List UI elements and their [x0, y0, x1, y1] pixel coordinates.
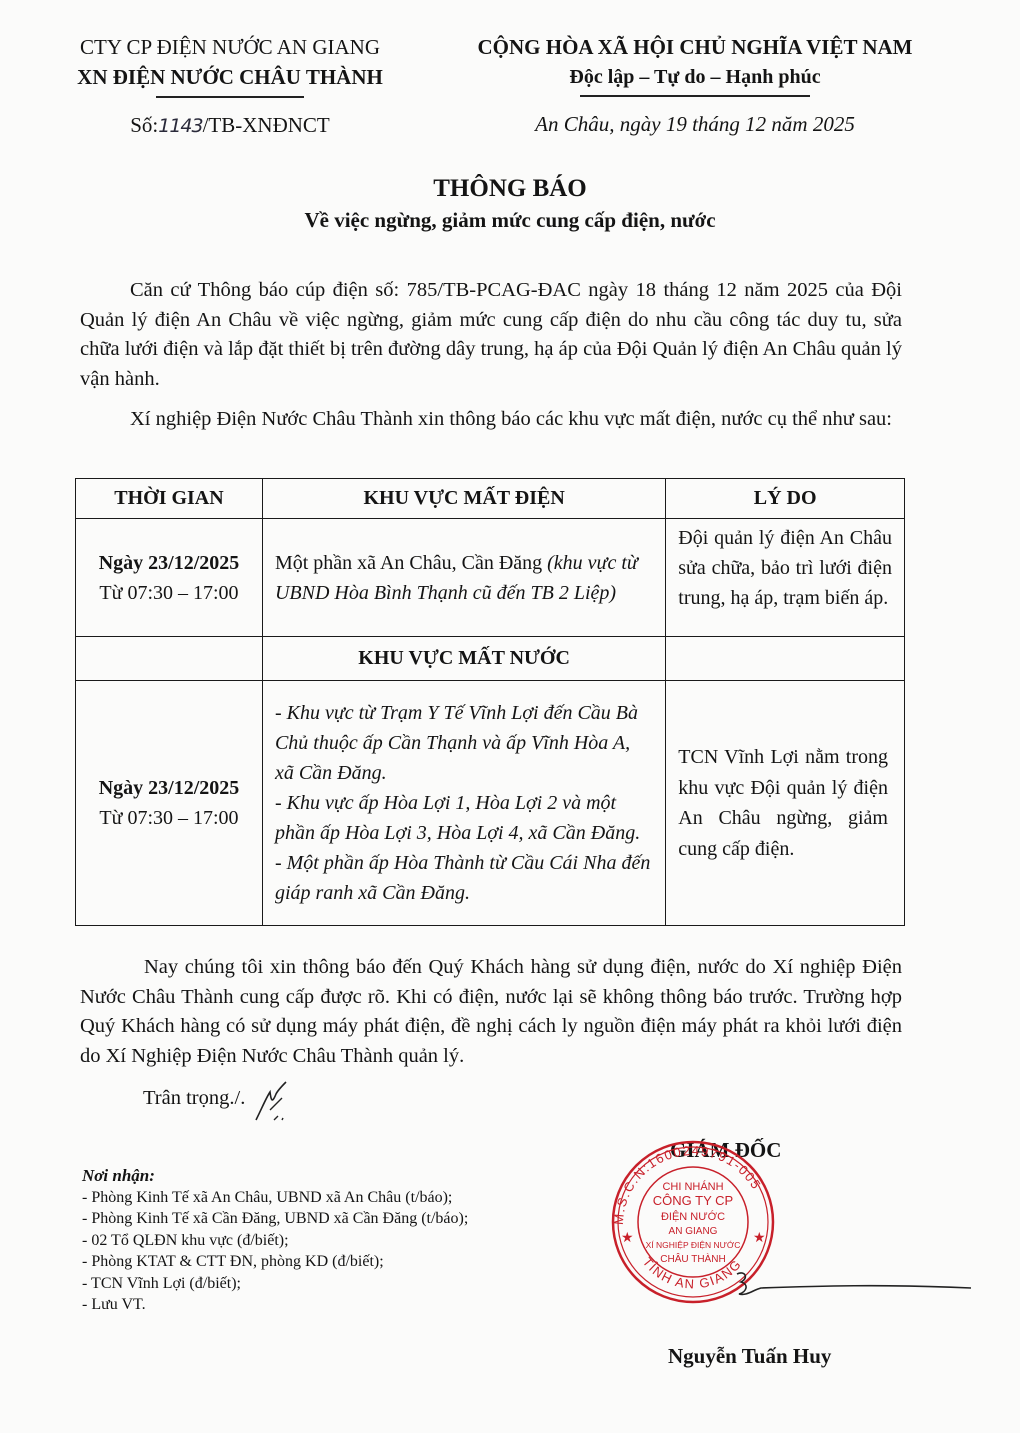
table-row: Ngày 23/12/2025 Từ 07:30 – 17:00 Một phầ… — [76, 519, 905, 637]
basis-paragraph: Căn cứ Thông báo cúp điện số: 785/TB-PCA… — [80, 276, 902, 394]
svg-text:AN GIANG: AN GIANG — [669, 1226, 718, 1237]
svg-text:★: ★ — [753, 1231, 766, 1246]
svg-text:XÍ NGHIỆP ĐIỆN NƯỚC: XÍ NGHIỆP ĐIỆN NƯỚC — [646, 1240, 741, 1250]
svg-text:CHÂU THÀNH: CHÂU THÀNH — [660, 1252, 725, 1265]
national-header: CỘNG HÒA XÃ HỘI CHỦ NGHĨA VIỆT NAM Độc l… — [470, 32, 920, 139]
issuer-divider — [156, 96, 304, 98]
intro-paragraph: Xí nghiệp Điện Nước Châu Thành xin thông… — [80, 405, 902, 435]
header-time: THỜI GIAN — [76, 479, 263, 519]
recipient-item: - Phòng KTAT & CTT ĐN, phòng KD (đ/biết)… — [82, 1251, 468, 1273]
director-signature-icon — [735, 1268, 975, 1308]
issuing-unit: XN ĐIỆN NƯỚC CHÂU THÀNH — [60, 62, 400, 92]
header-power-area: KHU VỰC MẤT ĐIỆN — [262, 479, 665, 519]
place-date: An Châu, ngày 19 tháng 12 năm 2025 — [470, 109, 920, 139]
power-reason-cell: Đội quản lý điện An Châu sửa chữa, bảo t… — [666, 519, 905, 637]
recipient-item: - Phòng Kinh Tế xã An Châu, UBND xã An C… — [82, 1187, 468, 1209]
water-time-cell: Ngày 23/12/2025 Từ 07:30 – 17:00 — [76, 681, 263, 926]
recipient-item: - Lưu VT. — [82, 1294, 468, 1316]
water-subheader-row: KHU VỰC MẤT NƯỚC — [76, 637, 905, 681]
water-reason-cell: TCN Vĩnh Lợi nằm trong khu vực Đội quản … — [666, 681, 905, 926]
nation-name: CỘNG HÒA XÃ HỘI CHỦ NGHĨA VIỆT NAM — [470, 32, 920, 62]
recipient-item: - Phòng Kinh Tế xã Cần Đăng, UBND xã Cần… — [82, 1208, 468, 1230]
outage-table: THỜI GIAN KHU VỰC MẤT ĐIỆN LÝ DO Ngày 23… — [75, 478, 905, 926]
water-area-item: - Một phần ấp Hòa Thành từ Cầu Cái Nha đ… — [275, 848, 653, 908]
national-motto: Độc lập – Tự do – Hạnh phúc — [470, 62, 920, 92]
initial-signature-icon — [252, 1080, 302, 1130]
issuer-block: CTY CP ĐIỆN NƯỚC AN GIANG XN ĐIỆN NƯỚC C… — [60, 32, 400, 141]
recipients-heading: Nơi nhận: — [82, 1165, 468, 1187]
table-header-row: THỜI GIAN KHU VỰC MẤT ĐIỆN LÝ DO — [76, 479, 905, 519]
document-title: THÔNG BÁO — [0, 175, 1020, 203]
recipient-item: - 02 Tổ QLĐN khu vực (đ/biết); — [82, 1230, 468, 1252]
table-row: Ngày 23/12/2025 Từ 07:30 – 17:00 - Khu v… — [76, 681, 905, 926]
document-number: Số:1143/TB-XNĐNCT — [60, 110, 400, 141]
header-water-area: KHU VỰC MẤT NƯỚC — [262, 637, 665, 681]
motto-divider — [580, 95, 810, 97]
document-subtitle: Về việc ngừng, giảm mức cung cấp điện, n… — [0, 208, 1020, 233]
water-area-cell: - Khu vực từ Trạm Y Tế Vĩnh Lợi đến Cầu … — [262, 681, 665, 926]
power-area-cell: Một phần xã An Châu, Cần Đăng (khu vực t… — [262, 519, 665, 637]
water-area-item: - Khu vực ấp Hòa Lợi 1, Hòa Lợi 2 và một… — [275, 788, 653, 848]
svg-text:CÔNG TY CP: CÔNG TY CP — [653, 1193, 733, 1208]
svg-text:CHI NHÁNH: CHI NHÁNH — [662, 1180, 723, 1193]
notice-paragraph: Nay chúng tôi xin thông báo đến Quý Khác… — [80, 953, 902, 1071]
water-area-item: - Khu vực từ Trạm Y Tế Vĩnh Lợi đến Cầu … — [275, 698, 653, 788]
closing-regards: Trân trọng./. — [143, 1087, 245, 1110]
power-time-cell: Ngày 23/12/2025 Từ 07:30 – 17:00 — [76, 519, 263, 637]
svg-text:★: ★ — [621, 1231, 634, 1246]
recipient-item: - TCN Vĩnh Lợi (đ/biết); — [82, 1273, 468, 1295]
recipients-block: Nơi nhận: - Phòng Kinh Tế xã An Châu, UB… — [82, 1165, 468, 1316]
svg-text:ĐIỆN NƯỚC: ĐIỆN NƯỚC — [661, 1210, 725, 1223]
parent-company: CTY CP ĐIỆN NƯỚC AN GIANG — [60, 32, 400, 62]
handwritten-number: 1143 — [158, 115, 202, 137]
header-reason: LÝ DO — [666, 479, 905, 519]
signer-name: Nguyễn Tuấn Huy — [668, 1344, 831, 1369]
